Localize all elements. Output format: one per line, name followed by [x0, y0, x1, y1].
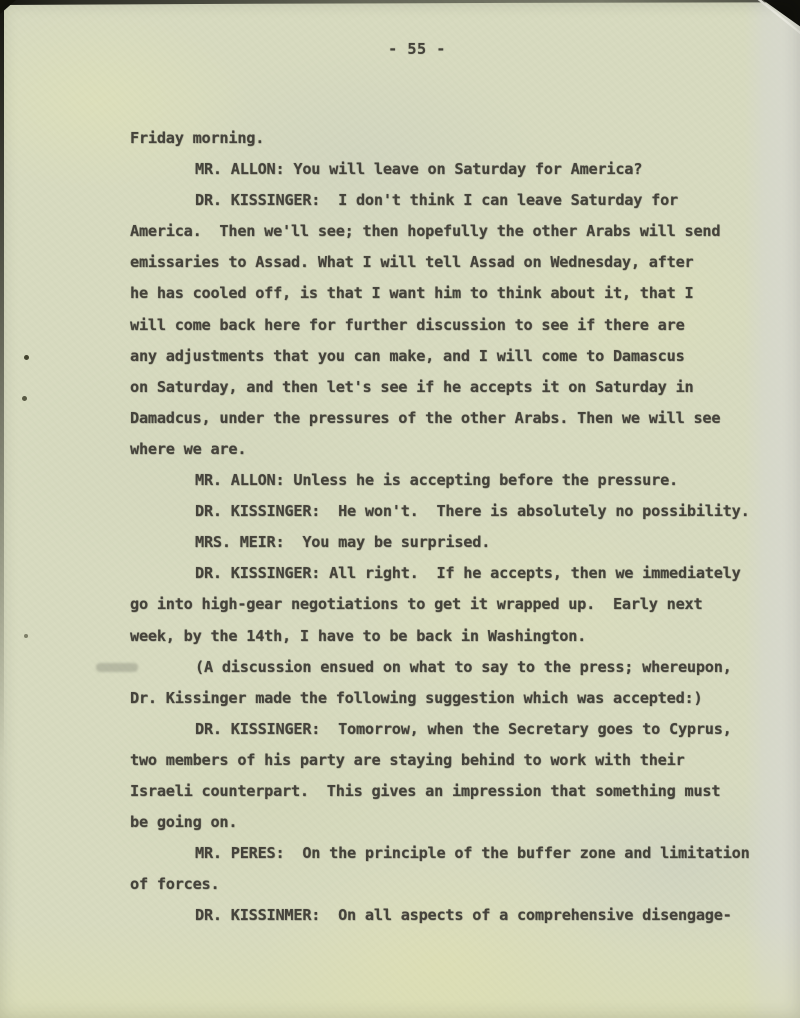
- transcript-line: DR. KISSINMER: On all aspects of a compr…: [130, 906, 780, 937]
- transcript-line: Israeli counterpart. This gives an impre…: [130, 782, 780, 813]
- scan-corner-top-left: [0, 0, 16, 14]
- transcript-line: will come back here for further discussi…: [130, 316, 780, 347]
- transcript-line: week, by the 14th, I have to be back in …: [130, 627, 780, 658]
- transcript-line: any adjustments that you can make, and I…: [130, 347, 780, 378]
- transcript-line: go into high-gear negotiations to get it…: [130, 595, 780, 626]
- transcript-line: DR. KISSINGER: I don't think I can leave…: [130, 191, 780, 222]
- scan-edge-top: [0, 0, 800, 5]
- scan-edge-left: [0, 0, 4, 760]
- transcript-line: Damadcus, under the pressures of the oth…: [130, 409, 780, 440]
- transcript: Friday morning.MR. ALLON: You will leave…: [130, 129, 780, 937]
- paper-speck: [24, 355, 29, 360]
- transcript-line: DR. KISSINGER: All right. If he accepts,…: [130, 564, 780, 595]
- transcript-line: (A discussion ensued on what to say to t…: [130, 658, 780, 689]
- transcript-line: be going on.: [130, 813, 780, 844]
- transcript-line: of forces.: [130, 875, 780, 906]
- transcript-line: MR. PERES: On the principle of the buffe…: [130, 844, 780, 875]
- transcript-line: where we are.: [130, 440, 780, 471]
- transcript-line: he has cooled off, is that I want him to…: [130, 284, 780, 315]
- transcript-line: DR. KISSINGER: He won't. There is absolu…: [130, 502, 780, 533]
- page-number: - 55 -: [0, 40, 800, 58]
- transcript-line: Friday morning.: [130, 129, 780, 160]
- transcript-line: MR. ALLON: You will leave on Saturday fo…: [130, 160, 780, 191]
- transcript-line: two members of his party are staying beh…: [130, 751, 780, 782]
- scanned-document-page: - 55 - Friday morning.MR. ALLON: You wil…: [0, 0, 800, 1018]
- paper-speck: [24, 634, 28, 638]
- transcript-line: MR. ALLON: Unless he is accepting before…: [130, 471, 780, 502]
- transcript-line: on Saturday, and then let's see if he ac…: [130, 378, 780, 409]
- transcript-line: MRS. MEIR: You may be surprised.: [130, 533, 780, 564]
- transcript-line: DR. KISSINGER: Tomorrow, when the Secret…: [130, 720, 780, 751]
- paper-speck: [22, 396, 27, 401]
- transcript-line: America. Then we'll see; then hopefully …: [130, 222, 780, 253]
- transcript-line: emissaries to Assad. What I will tell As…: [130, 253, 780, 284]
- transcript-line: Dr. Kissinger made the following suggest…: [130, 689, 780, 720]
